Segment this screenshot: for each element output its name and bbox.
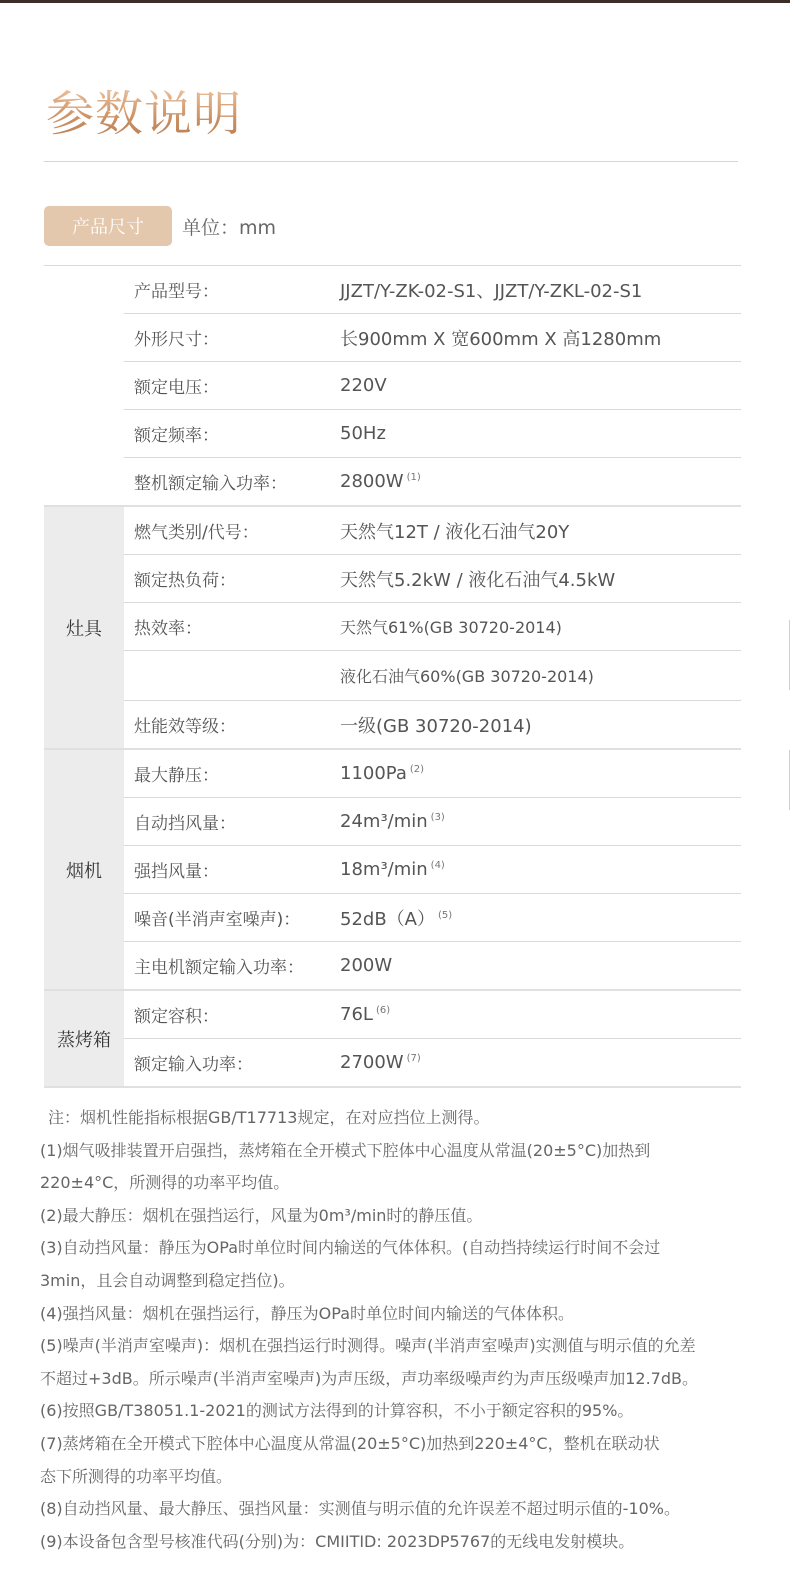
row-label: 自动挡风量： [124, 809, 340, 834]
note-line: (7)蒸烤箱在全开模式下腔体中心温度从常温(20±5°C)加热到220±4°C，… [40, 1428, 760, 1461]
footnote-ref: (5) [438, 910, 452, 921]
table-row: 热效率： 天然气61%(GB 30720-2014) [124, 603, 741, 651]
row-label: 灶能效等级： [124, 712, 340, 737]
row-label: 最大静压： [124, 761, 340, 786]
group-label-oven: 蒸烤箱 [44, 991, 124, 1086]
row-value: 液化石油气60%(GB 30720-2014) [340, 664, 594, 687]
table-bottom-divider [44, 1086, 741, 1088]
table-row: 额定电压： 220V [124, 362, 741, 410]
table-row: 额定容积： 76L(6) [124, 991, 741, 1039]
row-label: 外形尺寸： [124, 325, 340, 350]
unit-label: 单位：mm [182, 213, 276, 240]
note-line: (3)自动挡风量：静压为OPa时单位时间内输送的气体体积。(自动挡持续运行时间不… [40, 1232, 760, 1265]
table-row: 主电机额定输入功率： 200W [124, 942, 741, 989]
footnote-ref: (1) [407, 472, 421, 483]
table-row: 产品型号： JJZT/Y-ZK-02-S1、JJZT/Y-ZKL-02-S1 [124, 266, 741, 314]
row-label: 强挡风量： [124, 857, 340, 882]
table-row: 外形尺寸： 长900mm X 宽600mm X 高1280mm [124, 314, 741, 362]
table-row: 灶能效等级： 一级(GB 30720-2014) [124, 701, 741, 748]
note-line: (2)最大静压：烟机在强挡运行，风量为0m³/min时的静压值。 [40, 1200, 760, 1233]
size-section-header: 产品尺寸 单位：mm [44, 206, 276, 246]
footnote-ref: (6) [376, 1005, 390, 1016]
row-value: 2700W(7) [340, 1052, 421, 1073]
row-value: 220V [340, 375, 387, 396]
row-label: 额定输入功率： [124, 1050, 340, 1075]
row-value: 一级(GB 30720-2014) [340, 712, 532, 738]
row-value: 天然气5.2kW / 液化石油气4.5kW [340, 566, 615, 592]
row-value: 天然气61%(GB 30720-2014) [340, 615, 562, 638]
row-value: 76L(6) [340, 1004, 390, 1025]
row-label: 额定电压： [124, 373, 340, 398]
note-line: (5)噪声(半消声室噪声)：烟机在强挡运行时测得。噪声(半消声室噪声)实测值与明… [40, 1330, 760, 1363]
row-value: 天然气12T / 液化石油气20Y [340, 518, 569, 544]
note-line: (9)本设备包含型号核准代码(分别)为：CMIITID: 2023DP5767的… [40, 1526, 760, 1559]
note-line: (6)按照GB/T38051.1-2021的测试方法得到的计算容积，不小于额定容… [40, 1395, 760, 1428]
stove-group: 灶具 燃气类别/代号： 天然气12T / 液化石油气20Y 额定热负荷： 天然气… [44, 507, 741, 748]
note-line: 220±4°C，所测得的功率平均值。 [40, 1167, 760, 1200]
table-row: 额定输入功率： 2700W(7) [124, 1039, 741, 1086]
footnote-ref: (2) [410, 764, 424, 775]
row-label: 额定容积： [124, 1002, 340, 1027]
note-line: 3min，且会自动调整到稳定挡位)。 [40, 1265, 760, 1298]
row-label: 燃气类别/代号： [124, 518, 340, 543]
table-row: 强挡风量： 18m³/min(4) [124, 846, 741, 894]
row-value: 52dB（A）(5) [340, 905, 452, 931]
note-line: 不超过+3dB。所示噪声(半消声室噪声)为声压级，声功率级噪声约为声压级噪声加1… [40, 1363, 760, 1396]
note-line: 态下所测得的功率平均值。 [40, 1461, 760, 1494]
row-label: 额定热负荷： [124, 566, 340, 591]
row-value: 1100Pa(2) [340, 763, 424, 784]
footnote-ref: (7) [407, 1053, 421, 1064]
note-line: (4)强挡风量：烟机在强挡运行，静压为OPa时单位时间内输送的气体体积。 [40, 1298, 760, 1331]
spec-table: 产品型号： JJZT/Y-ZK-02-S1、JJZT/Y-ZKL-02-S1 外… [44, 265, 741, 1088]
table-row: 额定频率： 50Hz [124, 410, 741, 458]
row-value: 长900mm X 宽600mm X 高1280mm [340, 325, 661, 351]
note-line: (1)烟气吸排装置开启强挡，蒸烤箱在全开模式下腔体中心温度从常温(20±5°C)… [40, 1135, 760, 1168]
footnote-ref: (3) [431, 812, 445, 823]
table-row: 液化石油气60%(GB 30720-2014) [124, 651, 741, 701]
table-row: 噪音(半消声室噪声)： 52dB（A）(5) [124, 894, 741, 942]
row-label: 整机额定输入功率： [124, 469, 340, 494]
row-value: 18m³/min(4) [340, 859, 445, 880]
size-tag: 产品尺寸 [44, 206, 172, 246]
row-value: 200W [340, 955, 392, 976]
group-label-stove: 灶具 [44, 507, 124, 748]
row-label: 噪音(半消声室噪声)： [124, 905, 340, 930]
table-row: 整机额定输入功率： 2800W(1) [124, 458, 741, 505]
footnotes: 注：烟机性能指标根据GB/T17713规定，在对应挡位上测得。 (1)烟气吸排装… [40, 1102, 760, 1558]
row-value: JJZT/Y-ZK-02-S1、JJZT/Y-ZKL-02-S1 [340, 277, 642, 303]
row-value: 24m³/min(3) [340, 811, 445, 832]
row-label: 产品型号： [124, 277, 340, 302]
row-label: 额定频率： [124, 421, 340, 446]
top-border [0, 0, 790, 3]
table-row: 最大静压： 1100Pa(2) [124, 750, 741, 798]
note-line: 注：烟机性能指标根据GB/T17713规定，在对应挡位上测得。 [40, 1102, 760, 1135]
row-value: 2800W(1) [340, 471, 421, 492]
group-label-hood: 烟机 [44, 750, 124, 989]
hood-group: 烟机 最大静压： 1100Pa(2) 自动挡风量： 24m³/min(3) 强挡… [44, 750, 741, 989]
table-row: 额定热负荷： 天然气5.2kW / 液化石油气4.5kW [124, 555, 741, 603]
row-label: 主电机额定输入功率： [124, 953, 340, 978]
page-title: 参数说明 [46, 82, 242, 146]
oven-group: 蒸烤箱 额定容积： 76L(6) 额定输入功率： 2700W(7) [44, 991, 741, 1086]
row-value: 50Hz [340, 423, 386, 444]
table-row: 燃气类别/代号： 天然气12T / 液化石油气20Y [124, 507, 741, 555]
note-line: (8)自动挡风量、最大静压、强挡风量：实测值与明示值的允许误差不超过明示值的-1… [40, 1493, 760, 1526]
table-row: 自动挡风量： 24m³/min(3) [124, 798, 741, 846]
row-label: 热效率： [124, 614, 340, 639]
footnote-ref: (4) [431, 860, 445, 871]
title-divider [44, 161, 738, 162]
